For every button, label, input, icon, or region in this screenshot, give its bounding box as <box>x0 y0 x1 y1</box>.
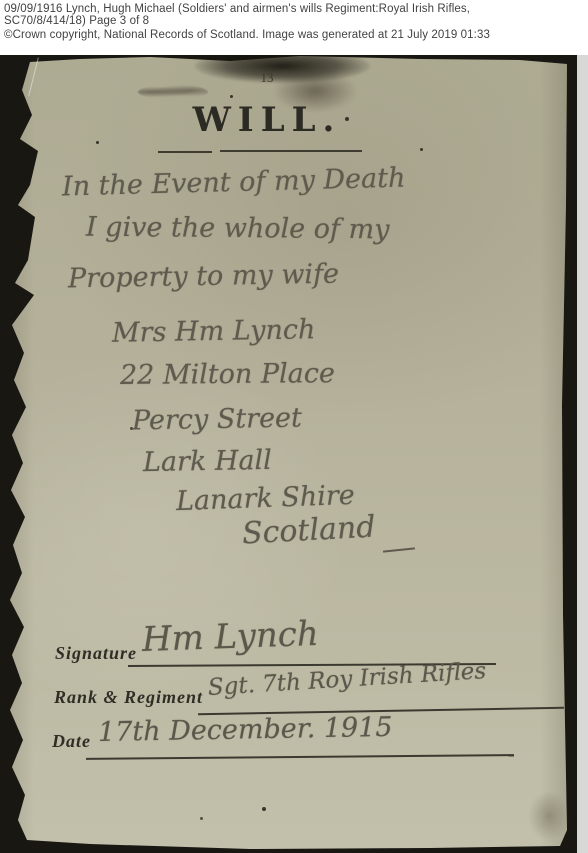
handwritten-line: Percy Street <box>132 403 302 437</box>
scanner-edge-strip <box>577 55 588 853</box>
handwritten-line: I give the whole of my <box>86 212 390 246</box>
paper-speck <box>200 817 203 820</box>
signature-value: Hm Lynch <box>141 614 319 660</box>
handwritten-line: Property to my wife <box>68 259 340 295</box>
rank-regiment-label: Rank & Regiment <box>54 687 203 708</box>
document-reference-line-1: 09/09/1916 Lynch, Hugh Michael (Soldiers… <box>4 3 588 15</box>
paper-speck <box>262 807 266 811</box>
paper-speck <box>96 141 99 144</box>
handwritten-line: Lark Hall <box>143 445 272 478</box>
paper-speck <box>420 148 423 151</box>
copyright-line: ©Crown copyright, National Records of Sc… <box>4 29 588 41</box>
date-label: Date <box>52 731 91 752</box>
metadata-header: 09/09/1916 Lynch, Hugh Michael (Soldiers… <box>0 0 588 55</box>
signature-label: Signature <box>55 643 137 664</box>
will-heading: WILL. <box>167 100 367 140</box>
document-reference-line-2: SC70/8/414/18) Page 3 of 8 <box>4 15 588 27</box>
heading-underline-segment <box>220 150 362 152</box>
screenshot-root: 09/09/1916 Lynch, Hugh Michael (Soldiers… <box>0 0 588 853</box>
handwritten-line: Mrs Hm Lynch <box>112 314 316 349</box>
scanned-will-image: 13 WILL. In the Event of my Death I give… <box>0 55 588 853</box>
handwritten-line: Scotland <box>241 510 376 552</box>
page-number: 13 <box>252 70 282 86</box>
paper-speck <box>230 95 233 98</box>
handwritten-line: 22 Milton Place <box>120 358 335 391</box>
heading-underline-segment <box>158 151 212 153</box>
date-value: 17th December. 1915 <box>98 712 393 748</box>
